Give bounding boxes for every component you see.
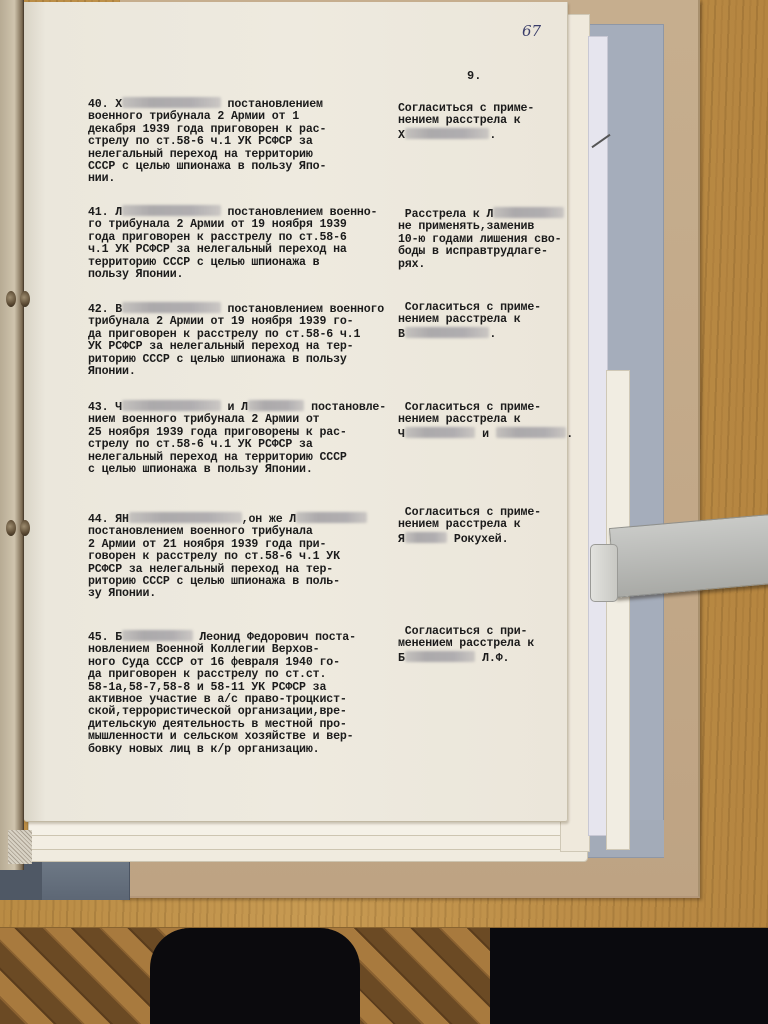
typed-text: активное участие в а/с право-троцкист-: [88, 693, 347, 706]
typed-text: да приговорен к расстрелу по ст.58-6 ч.1: [88, 328, 360, 341]
typed-text: 45. Б: [88, 631, 122, 644]
typed-text: 44. ЯН: [88, 513, 129, 526]
typed-text: 42. В: [88, 303, 122, 316]
typed-text: зу Японии.: [88, 587, 156, 600]
typed-text: СССР с целью шпионажа в пользу Япо-: [88, 160, 326, 173]
typed-text: военного трибунала 2 Армии от 1: [88, 110, 299, 123]
typed-text: риторию СССР с целью шпионажа в поль-: [88, 575, 340, 588]
typed-text: стрелу по ст.58-6 ч.1 УК РСФСР за: [88, 135, 313, 148]
typed-text: постановле-: [304, 401, 386, 414]
typed-text: 2 Армии от 21 ноября 1939 года при-: [88, 538, 326, 551]
typed-line: СССР с целью шпионажа в пользу Япо-: [88, 161, 326, 173]
redacted-name: [405, 128, 490, 139]
typed-text: РСФСР за нелегальный переход на тер-: [88, 563, 333, 576]
typed-text: мышленности и сельском хозяйстве и вер-: [88, 730, 354, 743]
typed-text: нением расстрела к: [398, 313, 521, 326]
binder-ring-icon: [6, 291, 32, 307]
typed-text: нением расстрела к: [398, 114, 521, 127]
typed-text: новлением Военной Коллегии Верхов-: [88, 643, 319, 656]
typed-text: .: [489, 328, 496, 341]
redacted-name: [496, 427, 567, 438]
typed-line: нением расстрела к: [398, 115, 534, 127]
typed-text: .: [489, 129, 496, 142]
typed-text: и: [475, 428, 495, 441]
typed-text: 10-ю годами лишения сво-: [398, 233, 561, 246]
typed-text: ,он же Л: [242, 513, 296, 526]
typed-text: рях.: [398, 258, 425, 271]
typed-text: ч.1 УК РСФСР за нелегальный переход на: [88, 243, 347, 256]
redacted-name: [122, 97, 221, 108]
typed-text: постановлением военного: [221, 303, 384, 316]
typed-text: Л.Ф.: [475, 652, 509, 665]
typed-line: Ч и .: [398, 427, 573, 441]
shadow: [490, 928, 768, 1024]
redacted-name: [248, 400, 304, 411]
typed-line: нением расстрела к: [398, 414, 573, 426]
typed-line: 44. ЯН,он же Л: [88, 512, 367, 526]
typed-text: ской,террористической организации,вре-: [88, 705, 347, 718]
typed-text: дительскую деятельность в местной про-: [88, 718, 347, 731]
typed-text: ного Суда СССР от 16 февраля 1940 го-: [88, 656, 340, 669]
binder-left-page-edge: [0, 0, 24, 870]
redacted-name: [405, 327, 490, 338]
typed-document-page[interactable]: 67 9. 40. Х постановлениемвоенного трибу…: [24, 2, 568, 822]
typed-text: территорию СССР с целью шпионажа в: [88, 256, 319, 269]
typed-text: стрелу по ст.58-6 ч.1 УК РСФСР за: [88, 438, 313, 451]
parquet-floor: [0, 928, 768, 1024]
typed-text: боды в исправтрудлаге-: [398, 245, 548, 258]
typed-text: постановлением военно-: [221, 206, 378, 219]
typed-text: да приговорен к расстрелу по ст.ст.: [88, 668, 326, 681]
typed-line: Х.: [398, 128, 534, 142]
redacted-name: [129, 512, 242, 523]
redacted-name: [122, 400, 221, 411]
typed-text: нием военного трибунала 2 Армии от: [88, 413, 319, 426]
typed-text: бовку новых лиц в к/р организацию.: [88, 743, 319, 756]
redacted-name: [405, 532, 447, 543]
shadow: [150, 928, 360, 1024]
typed-text: УК РСФСР за нелегальный переход на тер-: [88, 340, 354, 353]
typed-text: трибунала 2 Армии от 19 ноября 1939 го-: [88, 315, 354, 328]
entry-40-decision: Согласиться с приме-нением расстрела кХ.: [398, 103, 534, 142]
redacted-name: [493, 207, 564, 218]
typed-text: риторию СССР с целью шпионажа в пользу: [88, 353, 347, 366]
typed-text: нением расстрела к: [398, 518, 521, 531]
typed-text: Согласиться с приме-: [398, 401, 541, 414]
typed-text: 40. Х: [88, 98, 122, 111]
typed-line: Б Л.Ф.: [398, 651, 534, 665]
metal-clip-icon[interactable]: [609, 513, 768, 598]
typed-text: постановлением: [221, 98, 323, 111]
handwritten-page-number: 67: [522, 22, 541, 40]
typed-text: с целью шпионажа в пользу Японии.: [88, 463, 313, 476]
typed-line: рях.: [398, 259, 564, 271]
typed-text: Расстрела к Л: [398, 208, 493, 221]
typed-text: года приговорен к расстрелу по ст.58-6: [88, 231, 347, 244]
typed-text: нелегальный переход на территорию: [88, 148, 313, 161]
typed-line: Японии.: [88, 366, 384, 378]
typed-text: 58-1а,58-7,58-8 и 58-11 УК РСФСР за: [88, 681, 326, 694]
entry-40-verdict: 40. Х постановлениемвоенного трибунала 2…: [88, 97, 326, 186]
typed-line: В.: [398, 327, 541, 341]
typed-line: пользу Японии.: [88, 269, 377, 281]
typed-line: бовку новых лиц в к/р организацию.: [88, 744, 356, 756]
typed-line: Я Рокухей.: [398, 532, 541, 546]
typed-text: нением расстрела к: [398, 413, 521, 426]
typed-text: Рокухей.: [447, 533, 508, 546]
typed-line: 43. Ч и Л постановле-: [88, 400, 386, 414]
typed-text: Японии.: [88, 365, 136, 378]
typed-text: 43. Ч: [88, 401, 122, 414]
typed-text: .: [566, 428, 573, 441]
typed-text: Согласиться с при-: [398, 625, 527, 638]
entry-41-decision: Расстрела к Лне применять,заменив10-ю го…: [398, 207, 564, 271]
typed-text: нелегальный переход на территорию СССР: [88, 451, 347, 464]
entry-45-verdict: 45. Б Леонид Федорович поста-новлением В…: [88, 630, 356, 756]
entry-45-decision: Согласиться с при-менением расстрела кБ …: [398, 626, 534, 665]
typed-text: 41. Л: [88, 206, 122, 219]
binder-gauze-spine: [8, 830, 32, 864]
typed-text: не применять,заменив: [398, 220, 534, 233]
typed-line: нии.: [88, 173, 326, 185]
typed-line: 40. Х постановлением: [88, 97, 326, 111]
typed-text: декабря 1939 года приговорен к рас-: [88, 123, 326, 136]
redacted-name: [405, 651, 476, 662]
typed-line: менением расстрела к: [398, 638, 534, 650]
typed-line: зу Японии.: [88, 588, 367, 600]
redacted-name: [122, 205, 221, 216]
typed-text: менением расстрела к: [398, 637, 534, 650]
typed-line: 45. Б Леонид Федорович поста-: [88, 630, 356, 644]
entry-43-verdict: 43. Ч и Л постановле-нием военного трибу…: [88, 400, 386, 476]
typed-text: и Л: [221, 401, 248, 414]
page-stack-edge: [606, 370, 630, 850]
redacted-name: [296, 512, 367, 523]
typed-line: 42. В постановлением военного: [88, 302, 384, 316]
page-stack-edge: [588, 36, 608, 836]
binder-ring-icon: [6, 520, 32, 536]
typed-line: с целью шпионажа в пользу Японии.: [88, 464, 386, 476]
entry-41-verdict: 41. Л постановлением военно-го трибунала…: [88, 205, 377, 281]
typed-text: В: [398, 328, 405, 341]
redacted-name: [122, 302, 221, 313]
typed-text: 25 ноября 1939 года приговорены к рас-: [88, 426, 347, 439]
typed-text: го трибунала 2 Армии от 19 ноября 1939: [88, 218, 347, 231]
typed-page-number: 9.: [467, 69, 481, 83]
entry-42-verdict: 42. В постановлением военноготрибунала 2…: [88, 302, 384, 378]
typed-line: Расстрела к Л: [398, 207, 564, 221]
metal-clip-head[interactable]: [590, 544, 618, 602]
typed-text: Х: [398, 129, 405, 142]
typed-text: Леонид Федорович поста-: [193, 631, 356, 644]
typed-text: пользу Японии.: [88, 268, 183, 281]
entry-44-verdict: 44. ЯН,он же Лпостановлением военного тр…: [88, 512, 367, 601]
typed-line: нением расстрела к: [398, 314, 541, 326]
typed-text: Я: [398, 533, 405, 546]
typed-text: Ч: [398, 428, 405, 441]
typed-text: постановлением военного трибунала: [88, 525, 313, 538]
typed-text: Согласиться с приме-: [398, 301, 541, 314]
entry-43-decision: Согласиться с приме-нением расстрела кЧ …: [398, 402, 573, 441]
entry-42-decision: Согласиться с приме-нением расстрела кВ.: [398, 302, 541, 341]
typed-text: нии.: [88, 172, 115, 185]
typed-text: говорен к расстрелу по ст.58-6 ч.1 УК: [88, 550, 340, 563]
typed-line: нением расстрела к: [398, 519, 541, 531]
entry-44-decision: Согласиться с приме-нением расстрела кЯ …: [398, 507, 541, 546]
redacted-name: [122, 630, 193, 641]
typed-text: Согласиться с приме-: [398, 506, 541, 519]
typed-line: 41. Л постановлением военно-: [88, 205, 377, 219]
typed-text: Б: [398, 652, 405, 665]
typed-text: Согласиться с приме-: [398, 102, 534, 115]
redacted-name: [405, 427, 476, 438]
